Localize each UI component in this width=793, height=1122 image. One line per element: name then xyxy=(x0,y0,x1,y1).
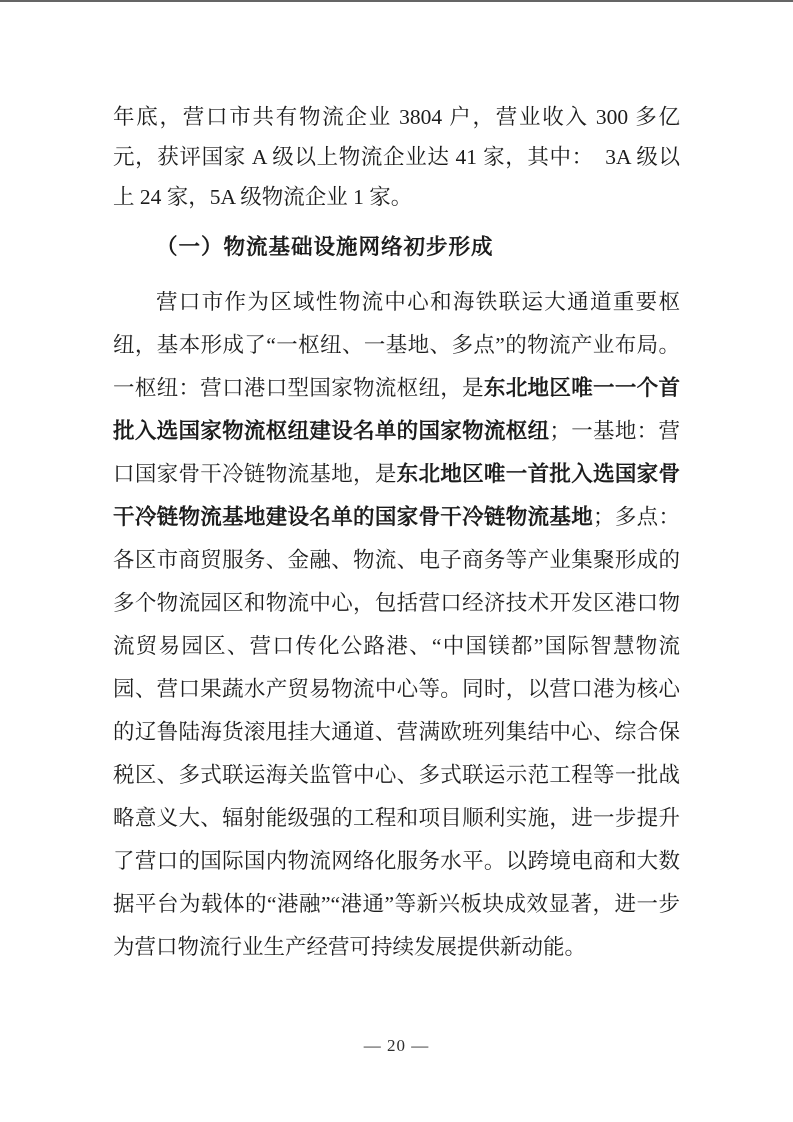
scan-top-edge xyxy=(0,0,793,2)
section-heading-logistics-infrastructure: （一）物流基础设施网络初步形成 xyxy=(113,225,680,269)
text-run: ；多点：各区市商贸服务、金融、物流、电子商务等产业集聚形成的多个物流园区和物流中… xyxy=(113,505,680,959)
document-page: { "document": { "paragraph1": { "runs": … xyxy=(0,0,793,1122)
page-number: — 20 — xyxy=(0,1036,793,1056)
document-body: 年底，营口市共有物流企业 3804 户，营业收入 300 多亿元，获评国家 A … xyxy=(113,97,680,969)
paragraph-logistics-companies-stats: 年底，营口市共有物流企业 3804 户，营业收入 300 多亿元，获评国家 A … xyxy=(113,97,680,217)
paragraph-logistics-layout: 营口市作为区域性物流中心和海铁联运大通道重要枢纽，基本形成了“一枢纽、一基地、多… xyxy=(113,281,680,969)
text-run: 年底，营口市共有物流企业 3804 户，营业收入 300 多亿元，获评国家 A … xyxy=(113,105,680,209)
